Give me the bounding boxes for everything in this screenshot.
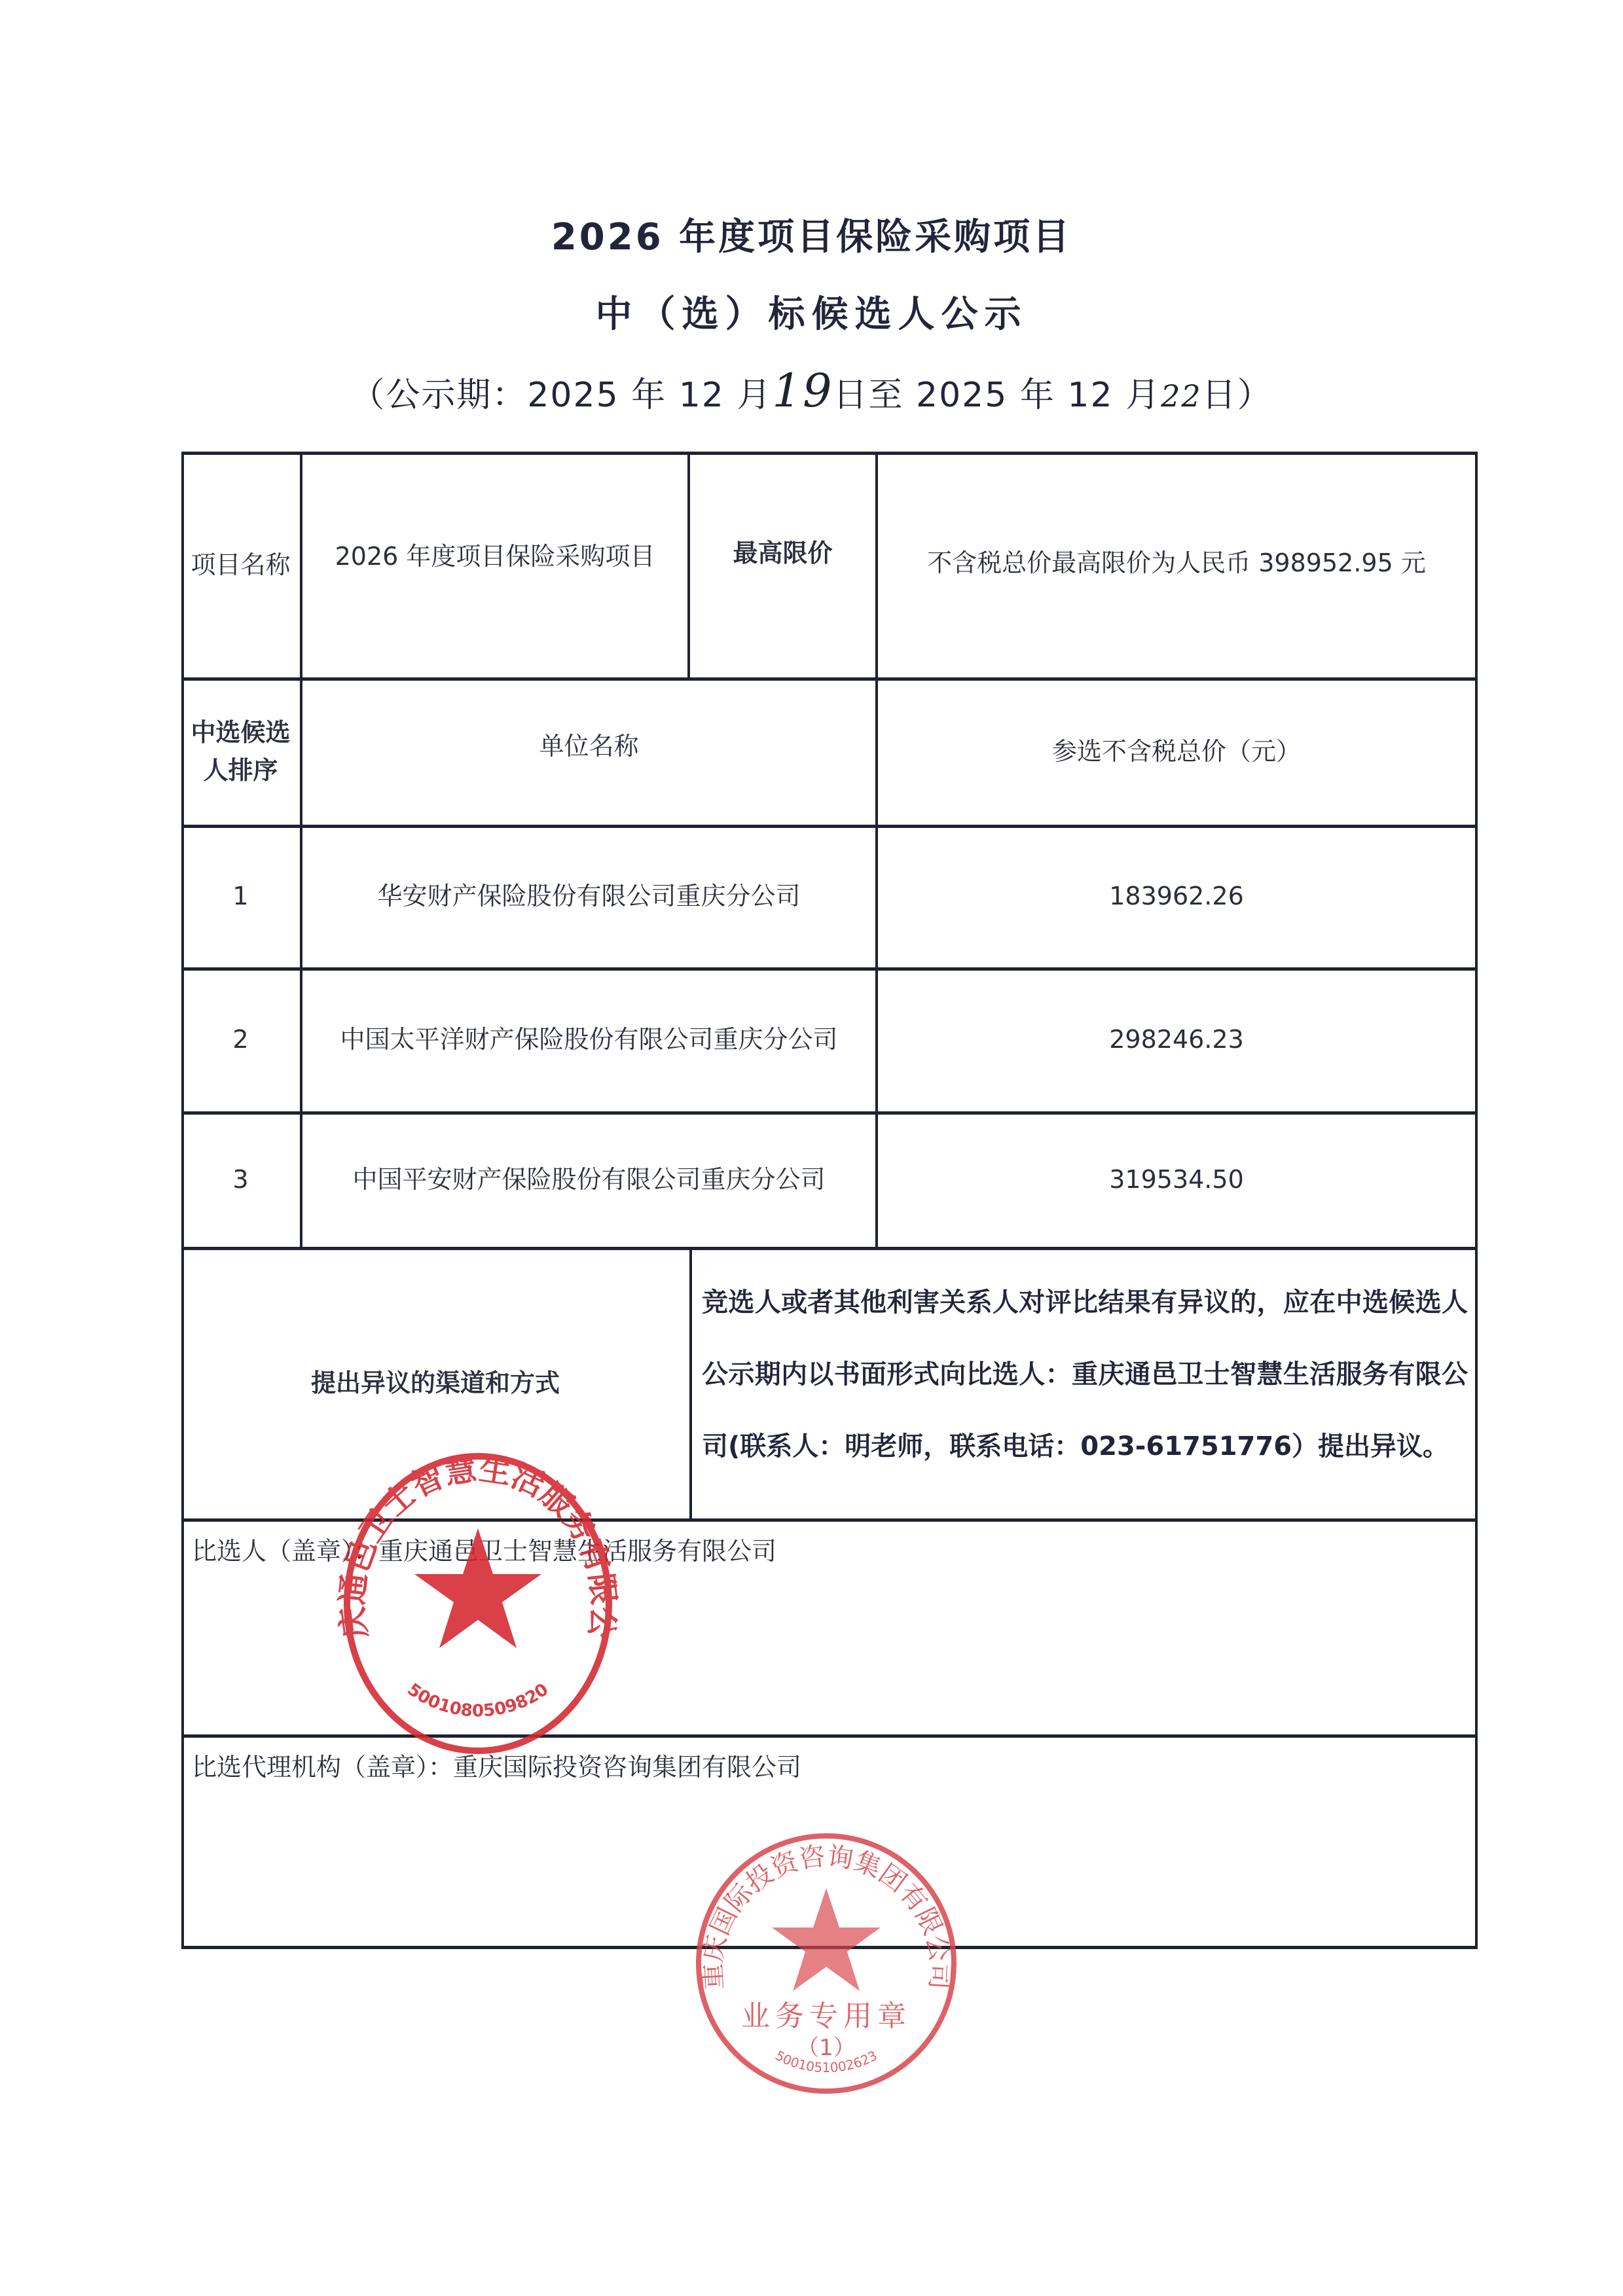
row-3-company: 中国平安财产保险股份有限公司重庆分公司 <box>302 1111 875 1247</box>
period-suffix: 日） <box>1202 376 1273 415</box>
period-middle: 日至 2025 年 12 月 <box>833 376 1161 415</box>
project-name-label: 项目名称 <box>181 452 300 677</box>
document-title: 2026 年度项目保险采购项目 <box>0 208 1623 260</box>
row-1-company: 华安财产保险股份有限公司重庆分公司 <box>302 825 875 967</box>
row-1-price: 183962.26 <box>878 825 1475 967</box>
header-rank-line2: 人排序 <box>203 751 278 789</box>
handwritten-start-day: 19 <box>772 364 833 418</box>
svg-text:（1）: （1） <box>797 2035 856 2061</box>
row-3-price: 319534.50 <box>878 1111 1475 1247</box>
objection-text: 竞选人或者其他利害关系人对评比结果有异议的，应在中选候选人公示期内以书面形式向比… <box>702 1266 1468 1482</box>
header-rank: 中选候选 人排序 <box>181 677 300 825</box>
max-price-value: 不含税总价最高限价为人民币 398952.95 元 <box>878 452 1475 674</box>
svg-text:5001080509820: 5001080509820 <box>404 1679 553 1721</box>
header-rank-line1: 中选候选 <box>191 713 290 751</box>
row-3-rank: 3 <box>181 1111 300 1247</box>
star-icon <box>772 1888 881 1991</box>
project-name-value: 2026 年度项目保险采购项目 <box>302 452 687 661</box>
header-price: 参选不含税总价（元） <box>878 677 1475 825</box>
row-2-price: 298246.23 <box>878 967 1475 1111</box>
publicity-period: （公示期：2025 年 12 月19日至 2025 年 12 月22日） <box>0 364 1623 418</box>
purchaser-seal-stamp: 重庆通邑卫士智慧生活服务有限公司 5001080509820 <box>324 1450 632 1757</box>
handwritten-end-day: 22 <box>1161 378 1202 414</box>
header-company: 单位名称 <box>302 677 875 815</box>
period-prefix: （公示期：2025 年 12 月 <box>350 376 772 415</box>
star-icon <box>414 1528 541 1648</box>
agent-seal-stamp: 重庆国际投资咨询集团有限公司 业务专用章 （1） 5001051002623 <box>689 1826 964 2101</box>
col-divider <box>689 1247 692 1518</box>
row-1-rank: 1 <box>181 825 300 967</box>
svg-text:业务专用章: 业务专用章 <box>741 2000 911 2033</box>
table-border-right <box>1475 452 1478 1948</box>
row-2-rank: 2 <box>181 967 300 1111</box>
document-subtitle: 中（选）标候选人公示 <box>0 285 1623 338</box>
max-price-label: 最高限价 <box>690 452 875 655</box>
row-2-company: 中国太平洋财产保险股份有限公司重庆分公司 <box>309 967 869 1111</box>
